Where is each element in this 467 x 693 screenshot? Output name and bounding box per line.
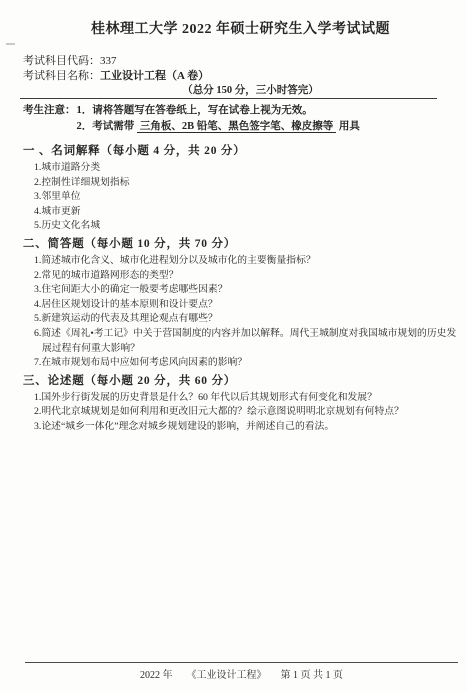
subject-code-label: 考试科目代码：: [23, 55, 100, 67]
page-title: 桂林理工大学 2022 年硕士研究生入学考试试题: [23, 21, 458, 39]
question-item: 3.邻里单位: [34, 190, 463, 205]
question-item: 5.历史文化名城: [34, 219, 463, 234]
section-essay-questions: 1.国外步行街发展的历史背景是什么？60 年代以后其规划形式有何变化和发展？ 2…: [34, 391, 463, 435]
question-item: 3.论述“城乡一体化”理念对城乡规划建设的影响，并阐述自己的看法。: [34, 420, 463, 435]
score-duration-line: （总分 150 分，三小时答完）: [20, 84, 437, 99]
section-glossary-questions: 1.城市道路分类 2.控制性详细规划指标 3.邻里单位 4.城市更新 5.历史文…: [34, 161, 463, 234]
question-item: 2.明代北京城规划是如何利用和更改旧元大都的？绘示意图说明明北京规划有何特点？: [34, 405, 463, 420]
section-short-answer-questions: 1.简述城市化含义、城市化进程划分以及城市化的主要衡量指标？ 2.常见的城市道路…: [34, 254, 463, 371]
notice-items: 1．请将答题写在答卷纸上，写在试卷上视为无效。 2．考试需带 三角板、2B 铅笔…: [77, 103, 360, 134]
notice-item-2-prefix: 2．考试需带: [77, 121, 135, 132]
question-item: 1.国外步行街发展的历史背景是什么？60 年代以后其规划形式有何变化和发展？: [34, 391, 463, 406]
subject-name-line: 考试科目名称：工业设计工程（A 卷）: [23, 69, 458, 84]
question-item: 2.控制性详细规划指标: [34, 176, 463, 191]
question-item: 4.居住区规划设计的基本原则和设计要点？: [34, 298, 463, 313]
section-essay: 三、论述题（每小题 20 分，共 60 分） 1.国外步行街发展的历史背景是什么…: [23, 373, 458, 435]
notice-item-2: 2．考试需带 三角板、2B 铅笔、黑色签字笔、橡皮擦等 用具: [77, 119, 360, 135]
footer-year: 2022 年: [140, 666, 173, 681]
question-item: 1.简述城市化含义、城市化进程划分以及城市化的主要衡量指标？: [34, 254, 463, 269]
notice-item-1: 1．请将答题写在答卷纸上，写在试卷上视为无效。: [77, 103, 360, 119]
question-item: 1.城市道路分类: [34, 161, 463, 176]
candidate-notice: 考生注意： 1．请将答题写在答卷纸上，写在试卷上视为无效。 2．考试需带 三角板…: [23, 103, 458, 134]
exam-meta: 考试科目代码：337 考试科目名称：工业设计工程（A 卷）: [23, 54, 458, 84]
section-essay-heading: 三、论述题（每小题 20 分，共 60 分）: [23, 373, 458, 389]
question-item: 3.住宅间距大小的确定一般要考虑哪些因素？: [34, 283, 463, 298]
section-glossary-heading: 一 、名词解释（每小题 4 分，共 20 分）: [23, 143, 458, 159]
question-item: 4.城市更新: [34, 205, 463, 220]
question-item: 5.新建筑运动的代表及其理论观点有哪些？: [34, 312, 463, 327]
subject-code-value: 337: [100, 55, 117, 67]
page-footer: 2022 年《工业设计工程》第 1 页 共 1 页: [25, 662, 458, 681]
question-item: 7.在城市规划布局中应如何考虑风向因素的影响？: [34, 356, 463, 371]
subject-name-label: 考试科目名称：: [23, 70, 100, 82]
question-item: 6.简述《周礼•考工记》中关于营国制度的内容并加以解释。周代王城制度对我国城市规…: [34, 327, 463, 356]
score-duration-text: （总分 150 分，三小时答完）: [182, 85, 319, 96]
notice-item-2-suffix: 用具: [339, 121, 360, 132]
footer-page-number: 第 1 页 共 1 页: [281, 666, 344, 681]
section-short-answer: 二、简答题（每小题 10 分，共 70 分） 1.简述城市化含义、城市化进程划分…: [23, 236, 458, 371]
exam-paper-scan: 桂林理工大学 2022 年硕士研究生入学考试试题 考试科目代码：337 考试科目…: [0, 0, 467, 693]
scan-artifact-dash: [6, 43, 15, 45]
required-tools-underlined: 三角板、2B 铅笔、黑色签字笔、橡皮擦等: [137, 121, 336, 134]
notice-label: 考生注意：: [23, 103, 76, 134]
question-item: 2.常见的城市道路网形态的类型？: [34, 269, 463, 284]
subject-name-value: 工业设计工程（A 卷）: [100, 70, 209, 82]
section-glossary: 一 、名词解释（每小题 4 分，共 20 分） 1.城市道路分类 2.控制性详细…: [23, 143, 458, 234]
subject-code-line: 考试科目代码：337: [23, 54, 458, 69]
section-short-answer-heading: 二、简答题（每小题 10 分，共 70 分）: [23, 236, 458, 252]
footer-subject: 《工业设计工程》: [187, 666, 267, 681]
